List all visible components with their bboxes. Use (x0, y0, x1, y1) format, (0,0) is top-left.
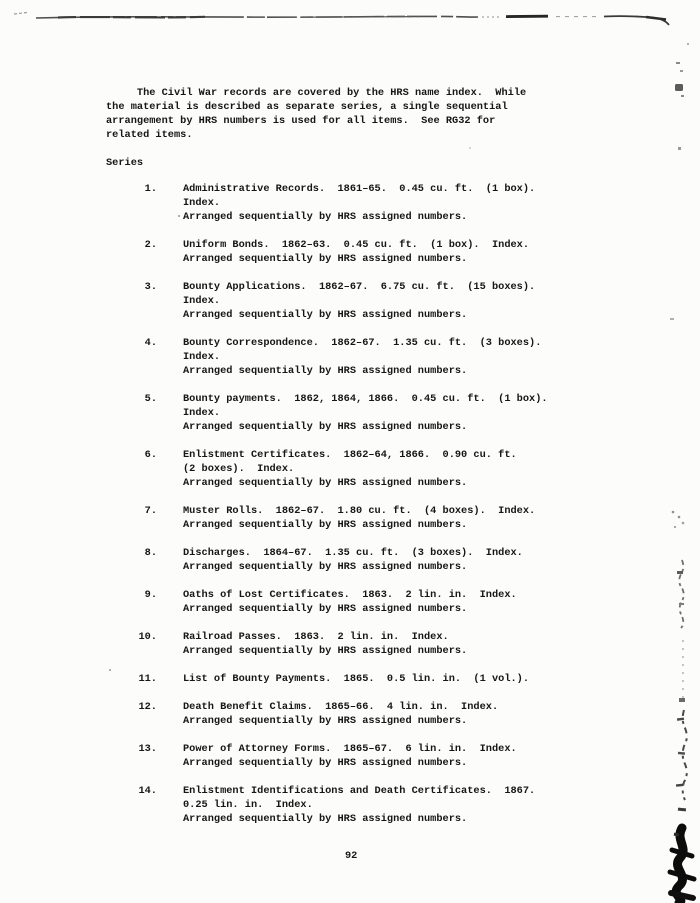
page-number: 92 (345, 849, 357, 863)
series-item: 3. Bounty Applications. 1862–67. 6.75 cu… (106, 280, 666, 322)
series-item-number: 7. (106, 504, 157, 532)
series-item-line: 0.25 lin. in. Index. (183, 798, 535, 812)
series-item-number: 13. (106, 742, 157, 770)
series-item-number: 1. (106, 182, 157, 224)
series-item: 5. Bounty payments. 1862, 1864, 1866. 0.… (106, 392, 666, 434)
series-item-line: Railroad Passes. 1863. 2 lin. in. Index. (183, 630, 467, 644)
series-item: 6. Enlistment Certificates. 1862–64, 186… (106, 448, 666, 490)
series-item-number: 12. (106, 700, 157, 728)
series-item-line: Bounty Correspondence. 1862–67. 1.35 cu.… (183, 336, 541, 350)
series-item-number: 5. (106, 392, 157, 434)
series-item: 1. Administrative Records. 1861–65. 0.45… (106, 182, 666, 224)
intro-line: The Civil War records are covered by the… (106, 86, 666, 100)
series-item-number: 2. (106, 238, 157, 266)
series-item-line: Arranged sequentially by HRS assigned nu… (183, 812, 535, 826)
series-item-line: Arranged sequentially by HRS assigned nu… (183, 364, 541, 378)
series-item-line: (2 boxes). Index. (183, 462, 517, 476)
series-item-line: Discharges. 1864–67. 1.35 cu. ft. (3 box… (183, 546, 523, 560)
series-item-body: List of Bounty Payments. 1865. 0.5 lin. … (183, 672, 529, 686)
series-item: 11. List of Bounty Payments. 1865. 0.5 l… (106, 672, 666, 686)
series-item-line: Index. (183, 294, 535, 308)
series-item-line: Arranged sequentially by HRS assigned nu… (183, 308, 535, 322)
intro-line: related items. (106, 128, 666, 142)
series-item-body: Bounty Correspondence. 1862–67. 1.35 cu.… (183, 336, 541, 378)
series-item-number: 8. (106, 546, 157, 574)
series-item-body: Enlistment Identifications and Death Cer… (183, 784, 535, 826)
series-item-number: 6. (106, 448, 157, 490)
series-item-body: Oaths of Lost Certificates. 1863. 2 lin.… (183, 588, 517, 616)
series-item-line: Arranged sequentially by HRS assigned nu… (183, 252, 529, 266)
series-item-line: Index. (183, 406, 548, 420)
intro-line: the material is described as separate se… (106, 100, 666, 114)
series-item-body: Muster Rolls. 1862–67. 1.80 cu. ft. (4 b… (183, 504, 535, 532)
series-item-line: Death Benefit Claims. 1865–66. 4 lin. in… (183, 700, 498, 714)
series-item-line: Oaths of Lost Certificates. 1863. 2 lin.… (183, 588, 517, 602)
right-margin-marks (670, 62, 694, 903)
series-item-body: Railroad Passes. 1863. 2 lin. in. Index.… (183, 630, 467, 658)
series-list: 1. Administrative Records. 1861–65. 0.45… (106, 182, 666, 826)
series-item-number: 4. (106, 336, 157, 378)
series-item-body: Uniform Bonds. 1862–63. 0.45 cu. ft. (1 … (183, 238, 529, 266)
series-item-number: 11. (106, 672, 157, 686)
page-content: The Civil War records are covered by the… (106, 86, 666, 840)
series-item-number: 3. (106, 280, 157, 322)
top-edge-scan-line (14, 13, 689, 46)
series-item-number: 14. (106, 784, 157, 826)
document-page: The Civil War records are covered by the… (0, 0, 700, 903)
series-item-line: Arranged sequentially by HRS assigned nu… (183, 210, 535, 224)
series-item-body: Death Benefit Claims. 1865–66. 4 lin. in… (183, 700, 498, 728)
series-item: 4. Bounty Correspondence. 1862–67. 1.35 … (106, 336, 666, 378)
series-item-line: Bounty payments. 1862, 1864, 1866. 0.45 … (183, 392, 548, 406)
series-item-line: List of Bounty Payments. 1865. 0.5 lin. … (183, 672, 529, 686)
series-item: 8. Discharges. 1864–67. 1.35 cu. ft. (3 … (106, 546, 666, 574)
series-item-line: Index. (183, 196, 535, 210)
series-item-number: 10. (106, 630, 157, 658)
series-item-line: Uniform Bonds. 1862–63. 0.45 cu. ft. (1 … (183, 238, 529, 252)
series-item-line: Arranged sequentially by HRS assigned nu… (183, 756, 517, 770)
series-item-line: Arranged sequentially by HRS assigned nu… (183, 644, 467, 658)
series-item-number: 9. (106, 588, 157, 616)
series-item-body: Enlistment Certificates. 1862–64, 1866. … (183, 448, 517, 490)
series-item-line: Administrative Records. 1861–65. 0.45 cu… (183, 182, 535, 196)
series-item-line: Arranged sequentially by HRS assigned nu… (183, 518, 535, 532)
series-item: 9. Oaths of Lost Certificates. 1863. 2 l… (106, 588, 666, 616)
series-item-line: Power of Attorney Forms. 1865–67. 6 lin.… (183, 742, 517, 756)
series-item-line: Arranged sequentially by HRS assigned nu… (183, 420, 548, 434)
series-item-line: Arranged sequentially by HRS assigned nu… (183, 476, 517, 490)
series-item-line: Arranged sequentially by HRS assigned nu… (183, 560, 523, 574)
series-item-line: Enlistment Identifications and Death Cer… (183, 784, 535, 798)
series-item: 2. Uniform Bonds. 1862–63. 0.45 cu. ft. … (106, 238, 666, 266)
series-item: 13. Power of Attorney Forms. 1865–67. 6 … (106, 742, 666, 770)
series-item-line: Arranged sequentially by HRS assigned nu… (183, 714, 498, 728)
bottom-right-scribble (670, 828, 694, 903)
intro-paragraph: The Civil War records are covered by the… (106, 86, 666, 142)
series-item-line: Bounty Applications. 1862–67. 6.75 cu. f… (183, 280, 535, 294)
series-item-body: Bounty Applications. 1862–67. 6.75 cu. f… (183, 280, 535, 322)
series-item: 14. Enlistment Identifications and Death… (106, 784, 666, 826)
intro-line: arrangement by HRS numbers is used for a… (106, 114, 666, 128)
series-item-line: Enlistment Certificates. 1862–64, 1866. … (183, 448, 517, 462)
series-item-line: Arranged sequentially by HRS assigned nu… (183, 602, 517, 616)
series-item-body: Power of Attorney Forms. 1865–67. 6 lin.… (183, 742, 517, 770)
series-item-line: Index. (183, 350, 541, 364)
series-item-body: Discharges. 1864–67. 1.35 cu. ft. (3 box… (183, 546, 523, 574)
series-item: 10. Railroad Passes. 1863. 2 lin. in. In… (106, 630, 666, 658)
series-item: 7. Muster Rolls. 1862–67. 1.80 cu. ft. (… (106, 504, 666, 532)
section-heading: Series (106, 156, 666, 170)
series-item: 12. Death Benefit Claims. 1865–66. 4 lin… (106, 700, 666, 728)
series-item-body: Bounty payments. 1862, 1864, 1866. 0.45 … (183, 392, 548, 434)
series-item-line: Muster Rolls. 1862–67. 1.80 cu. ft. (4 b… (183, 504, 535, 518)
series-item-body: Administrative Records. 1861–65. 0.45 cu… (183, 182, 535, 224)
